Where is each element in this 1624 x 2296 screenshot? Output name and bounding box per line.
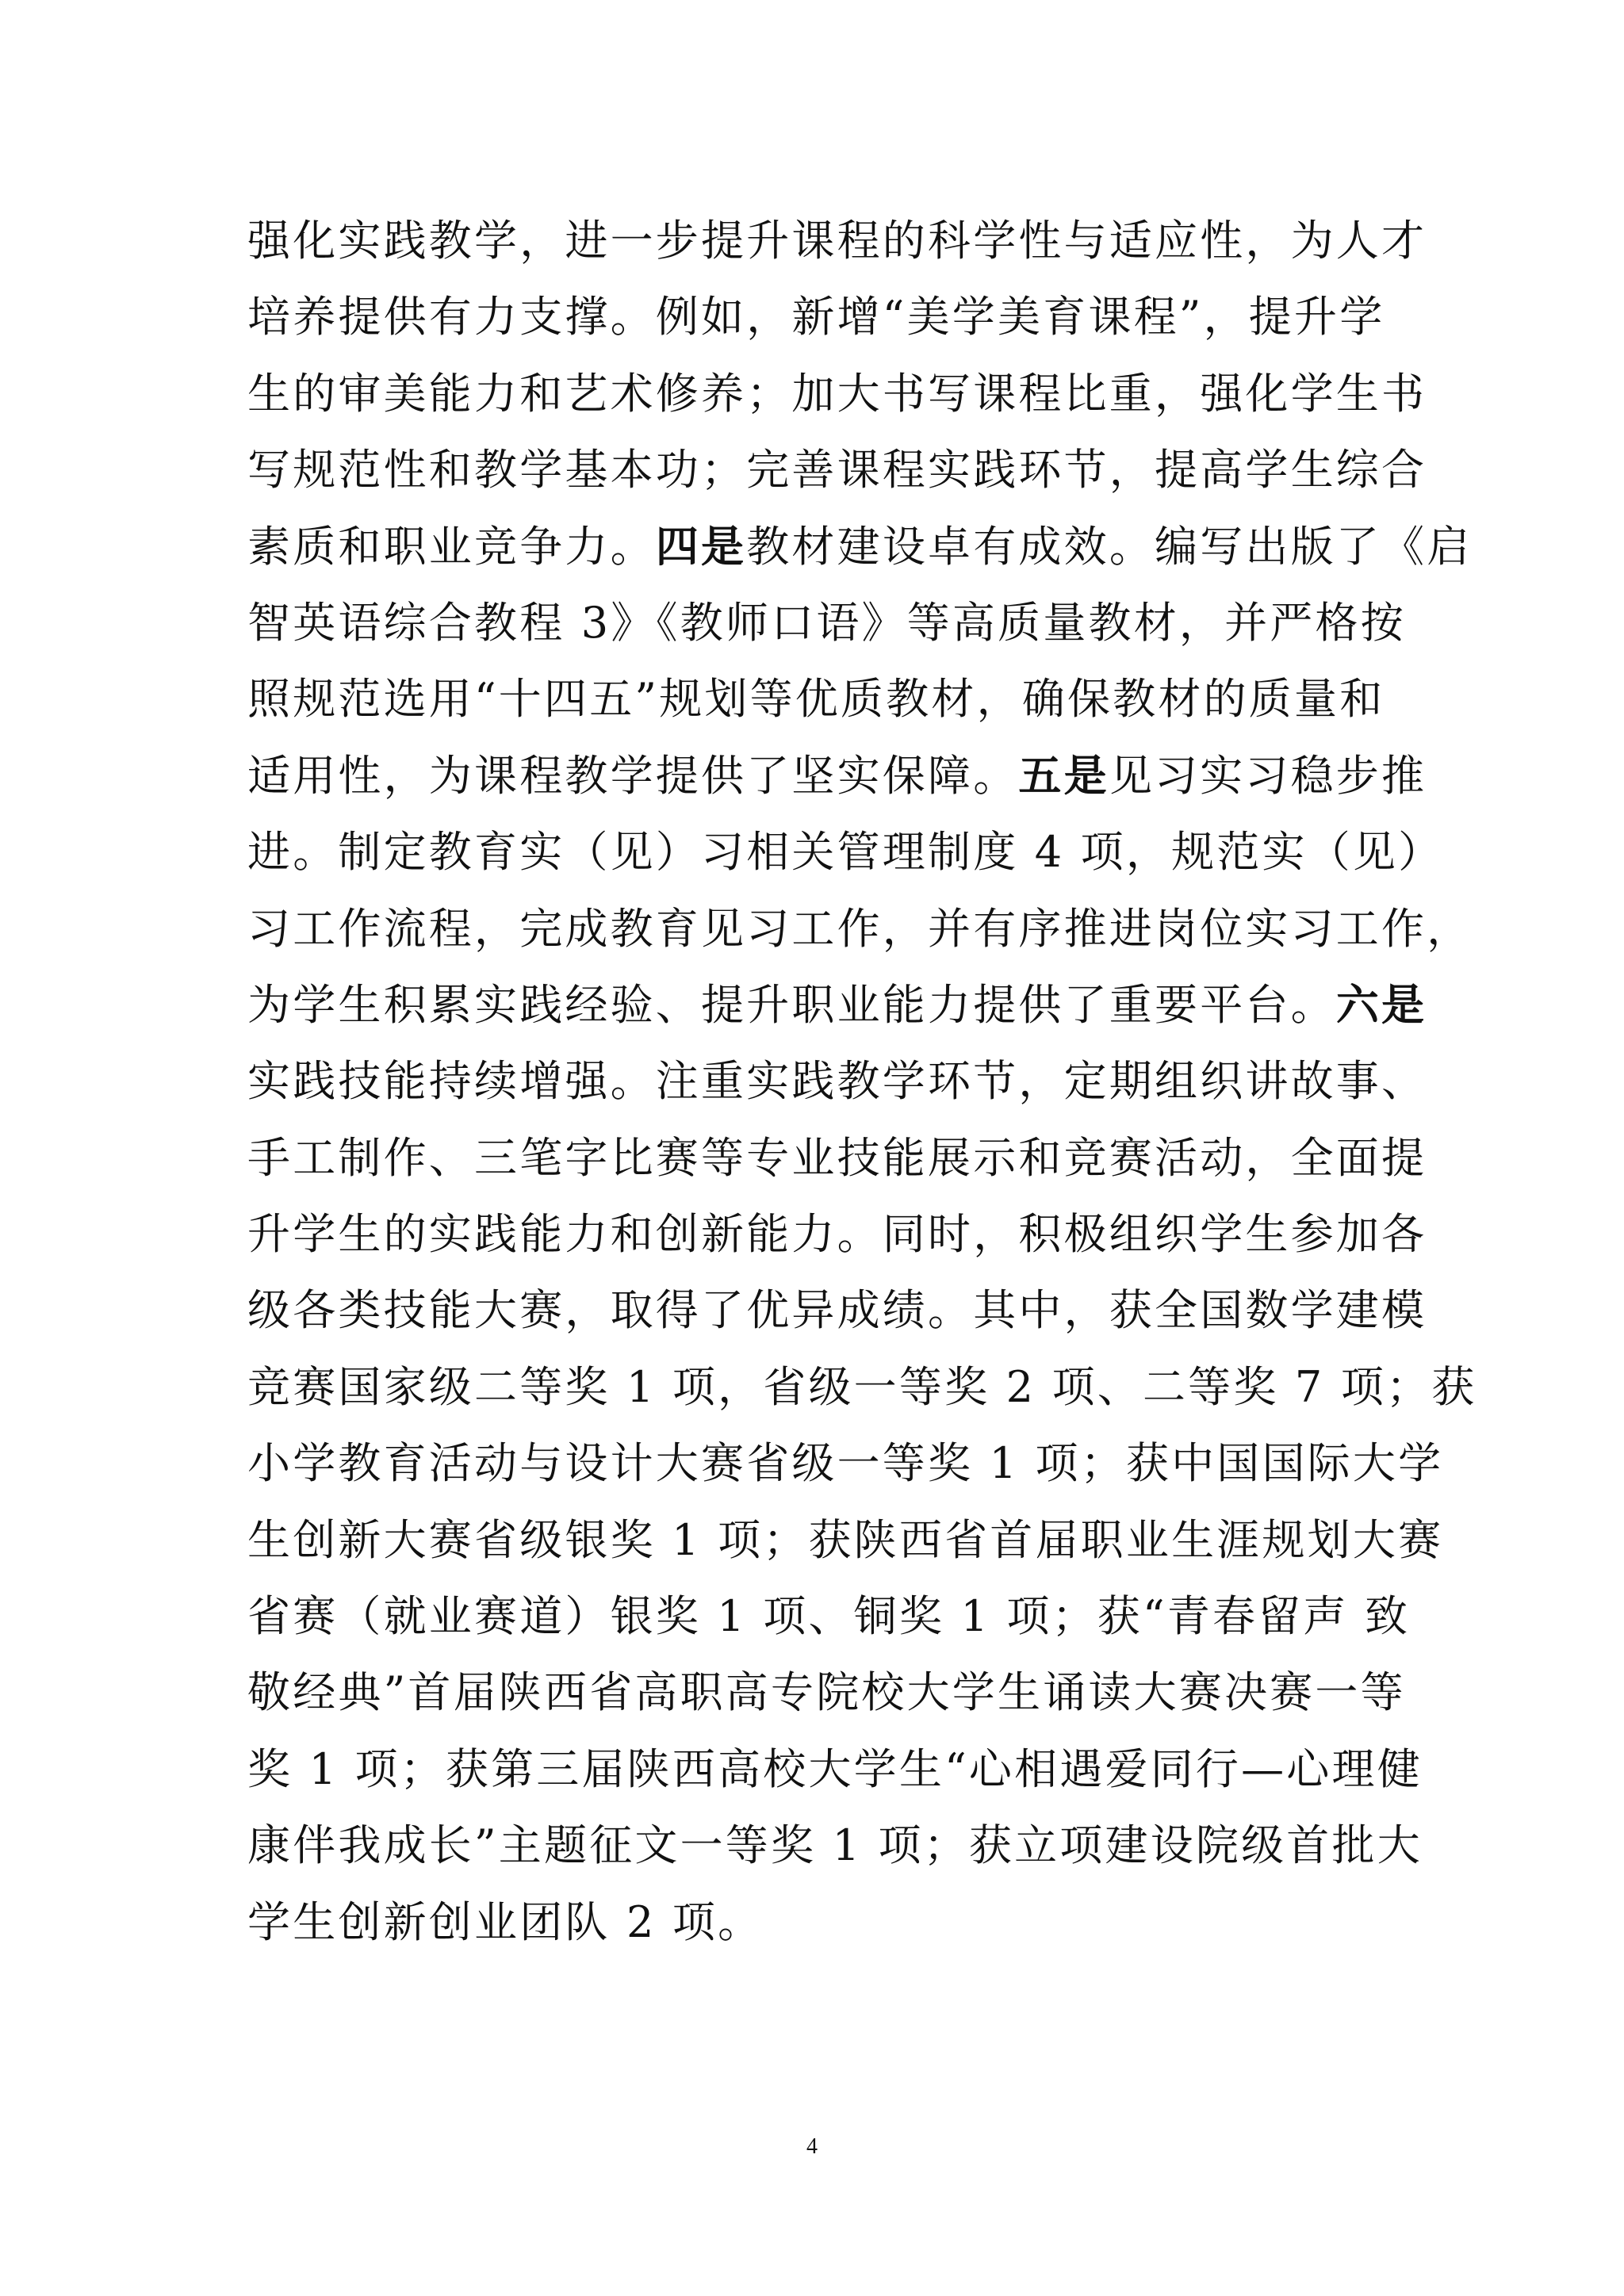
text-line-3: 生的审美能力和艺术修养；加大书写课程比重，强化学生书 [247,365,1381,442]
text-run: 适用性，为课程教学提供了坚实保障。 [247,751,1018,801]
text-run: 见习实习稳步推 [1109,751,1427,801]
text-line-6: 智英语综合教程 3》《教师口语》等高质量教材，并严格按 [247,595,1381,671]
text-line-22: 康伴我成长”主题征文一等奖 1 项；获立项建设院级首批大 [247,1817,1381,1893]
text-line-20: 敬经典”首届陕西省高职高专院校大学生诵读大赛决赛一等 [247,1664,1381,1740]
text-line-1: 强化实践教学，进一步提升课程的科学性与适应性，为人才 [247,212,1381,289]
text-line-21: 奖 1 项；获第三届陕西高校大学生“心相遇爱同行—心理健 [247,1741,1381,1817]
text-line-8: 适用性，为课程教学提供了坚实保障。五是见习实习稳步推 [247,748,1381,824]
text-line-18: 生创新大赛省级银奖 1 项；获陕西省首届职业生涯规划大赛 [247,1512,1381,1588]
text-line-2: 培养提供有力支撑。例如，新增“美学美育课程”，提升学 [247,289,1381,365]
text-line-13: 手工制作、三笔字比赛等专业技能展示和竞赛活动，全面提 [247,1130,1381,1206]
text-line-12: 实践技能持续增强。注重实践教学环节，定期组织讲故事、 [247,1053,1381,1129]
text-line-4: 写规范性和教学基本功；完善课程实践环节，提高学生综合 [247,442,1381,518]
body-paragraph: 强化实践教学，进一步提升课程的科学性与适应性，为人才 培养提供有力支撑。例如，新… [247,212,1381,1970]
text-line-9: 进。制定教育实（见）习相关管理制度 4 项，规范实（见） [247,824,1381,900]
text-line-14: 升学生的实践能力和创新能力。同时，积极组织学生参加各 [247,1206,1381,1282]
text-line-19: 省赛（就业赛道）银奖 1 项、铜奖 1 项；获“青春留声 致 [247,1588,1381,1664]
text-line-15: 级各类技能大赛，取得了优异成绩。其中，获全国数学建模 [247,1282,1381,1358]
page-number: 4 [0,2134,1624,2160]
text-line-10: 习工作流程，完成教育见习工作，并有序推进岗位实习工作， [247,901,1381,977]
text-line-7: 照规范选用“十四五”规划等优质教材，确保教材的质量和 [247,671,1381,747]
bold-heading-fifth: 五是 [1018,751,1109,801]
bold-heading-sixth: 六是 [1336,980,1427,1030]
text-line-11: 为学生积累实践经验、提升职业能力提供了重要平台。六是 [247,977,1381,1053]
text-line-16: 竞赛国家级二等奖 1 项，省级一等奖 2 项、二等奖 7 项；获 [247,1359,1381,1435]
document-page: 强化实践教学，进一步提升课程的科学性与适应性，为人才 培养提供有力支撑。例如，新… [0,0,1624,2296]
text-run: 为学生积累实践经验、提升职业能力提供了重要平台。 [247,980,1336,1030]
text-line-23: 学生创新创业团队 2 项。 [247,1894,1381,1970]
text-line-5: 素质和职业竞争力。四是教材建设卓有成效。编写出版了《启 [247,519,1381,595]
text-line-17: 小学教育活动与设计大赛省级一等奖 1 项；获中国国际大学 [247,1435,1381,1511]
text-run: 教材建设卓有成效。编写出版了《启 [746,522,1472,572]
bold-heading-fourth: 四是 [656,522,746,572]
text-run: 素质和职业竞争力。 [247,522,656,572]
